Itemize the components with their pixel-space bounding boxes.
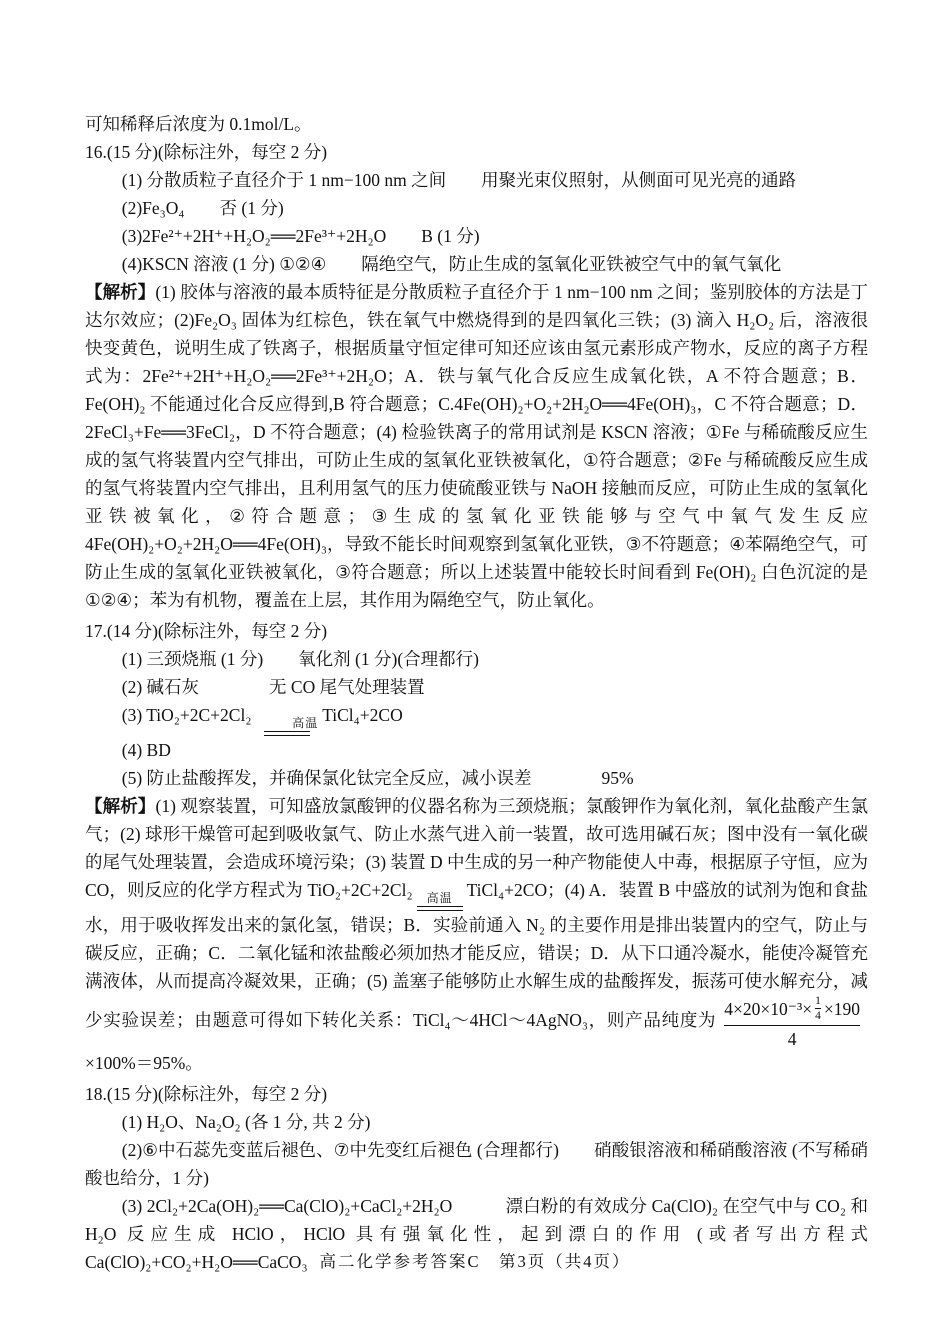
q18-header: 18.(15 分)(除标注外，每空 2 分) <box>85 1080 868 1108</box>
purity-fraction: 4×20×10⁻³×14×1904 <box>724 995 860 1049</box>
condition-label: 高温 <box>427 892 453 904</box>
answer-key-page: 可知稀释后浓度为 0.1mol/L。 16.(15 分)(除标注外，每空 2 分… <box>0 0 950 1344</box>
fraction-num-suffix: ×190 <box>824 999 860 1019</box>
reaction-condition-stack: 高温 <box>417 892 463 911</box>
q17-analysis-part3: ×100%＝95%。 <box>85 1053 203 1073</box>
fraction-bar <box>724 1025 860 1026</box>
q16-header: 16.(15 分)(除标注外，每空 2 分) <box>85 138 868 166</box>
q17-analysis-label: 【解析】 <box>85 796 156 816</box>
q18-answer-1: (1) H₂O、Na₂O₂ (各 1 分, 共 2 分) <box>85 1108 868 1136</box>
q17-answer-3: (3) TiO₂+2C+2Cl₂高温TiCl₄+2CO <box>85 701 868 736</box>
fraction-numerator: 4×20×10⁻³×14×190 <box>724 995 860 1022</box>
fraction-denominator: 4 <box>788 1029 797 1049</box>
intro-line: 可知稀释后浓度为 0.1mol/L。 <box>85 110 868 138</box>
q17-answer-3-left: (3) TiO₂+2C+2Cl₂ <box>122 705 252 725</box>
q16-analysis-label: 【解析】 <box>85 282 155 302</box>
q17-analysis: 【解析】(1) 观察装置，可知盛放氯酸钾的仪器名称为三颈烧瓶；氯酸钾作为氧化剂，… <box>85 792 868 1077</box>
q16-analysis: 【解析】(1) 胶体与溶液的最本质特征是分散质粒子直径介于 1 nm−100 n… <box>85 278 868 614</box>
condition-label: 高温 <box>255 717 318 729</box>
q18-answer-2: (2)⑥中石蕊先变蓝后褪色、⑦中先变红后褪色 (合理都行) 硝酸银溶液和稀硝酸溶… <box>85 1136 868 1192</box>
page-content: 可知稀释后浓度为 0.1mol/L。 16.(15 分)(除标注外，每空 2 分… <box>85 110 868 1276</box>
double-bond-line <box>417 906 463 911</box>
page-footer: 高二化学参考答案C 第3页（共4页） <box>0 1248 950 1276</box>
q17-answer-1: (1) 三颈烧瓶 (1 分) 氧化剂 (1 分)(合理都行) <box>85 645 868 673</box>
q16-answer-3: (3)2Fe²⁺+2H⁺+H₂O₂══2Fe³⁺+2H₂O B (1 分) <box>85 222 868 250</box>
q16-answer-2: (2)Fe₃O₄ 否 (1 分) <box>85 194 868 222</box>
q17-answer-2: (2) 碱石灰 无 CO 尾气处理装置 <box>85 673 868 701</box>
double-bond-line <box>264 731 310 736</box>
q17-answer-4: (4) BD <box>85 736 868 764</box>
nested-fraction-den: 4 <box>815 1010 821 1022</box>
nested-fraction-bar <box>815 1008 821 1009</box>
q17-answer-3-right: TiCl₄+2CO <box>322 705 403 725</box>
nested-fraction: 14 <box>815 995 821 1022</box>
nested-fraction-num: 1 <box>815 995 821 1007</box>
q16-answer-1: (1) 分散质粒子直径介于 1 nm−100 nm 之间 用聚光束仪照射，从侧面… <box>85 166 868 194</box>
q16-analysis-text: (1) 胶体与溶液的最本质特征是分散质粒子直径介于 1 nm−100 nm 之间… <box>85 282 868 610</box>
q16-answer-4: (4)KSCN 溶液 (1 分) ①②④ 隔绝空气，防止生成的氢氧化亚铁被空气中… <box>85 250 868 278</box>
reaction-condition-stack: 高温 <box>255 717 318 736</box>
q17-header: 17.(14 分)(除标注外，每空 2 分) <box>85 617 868 645</box>
fraction-num-prefix: 4×20×10⁻³× <box>724 999 812 1019</box>
q17-answer-5: (5) 防止盐酸挥发，并确保氯化钛完全反应，减小误差 95% <box>85 764 868 792</box>
